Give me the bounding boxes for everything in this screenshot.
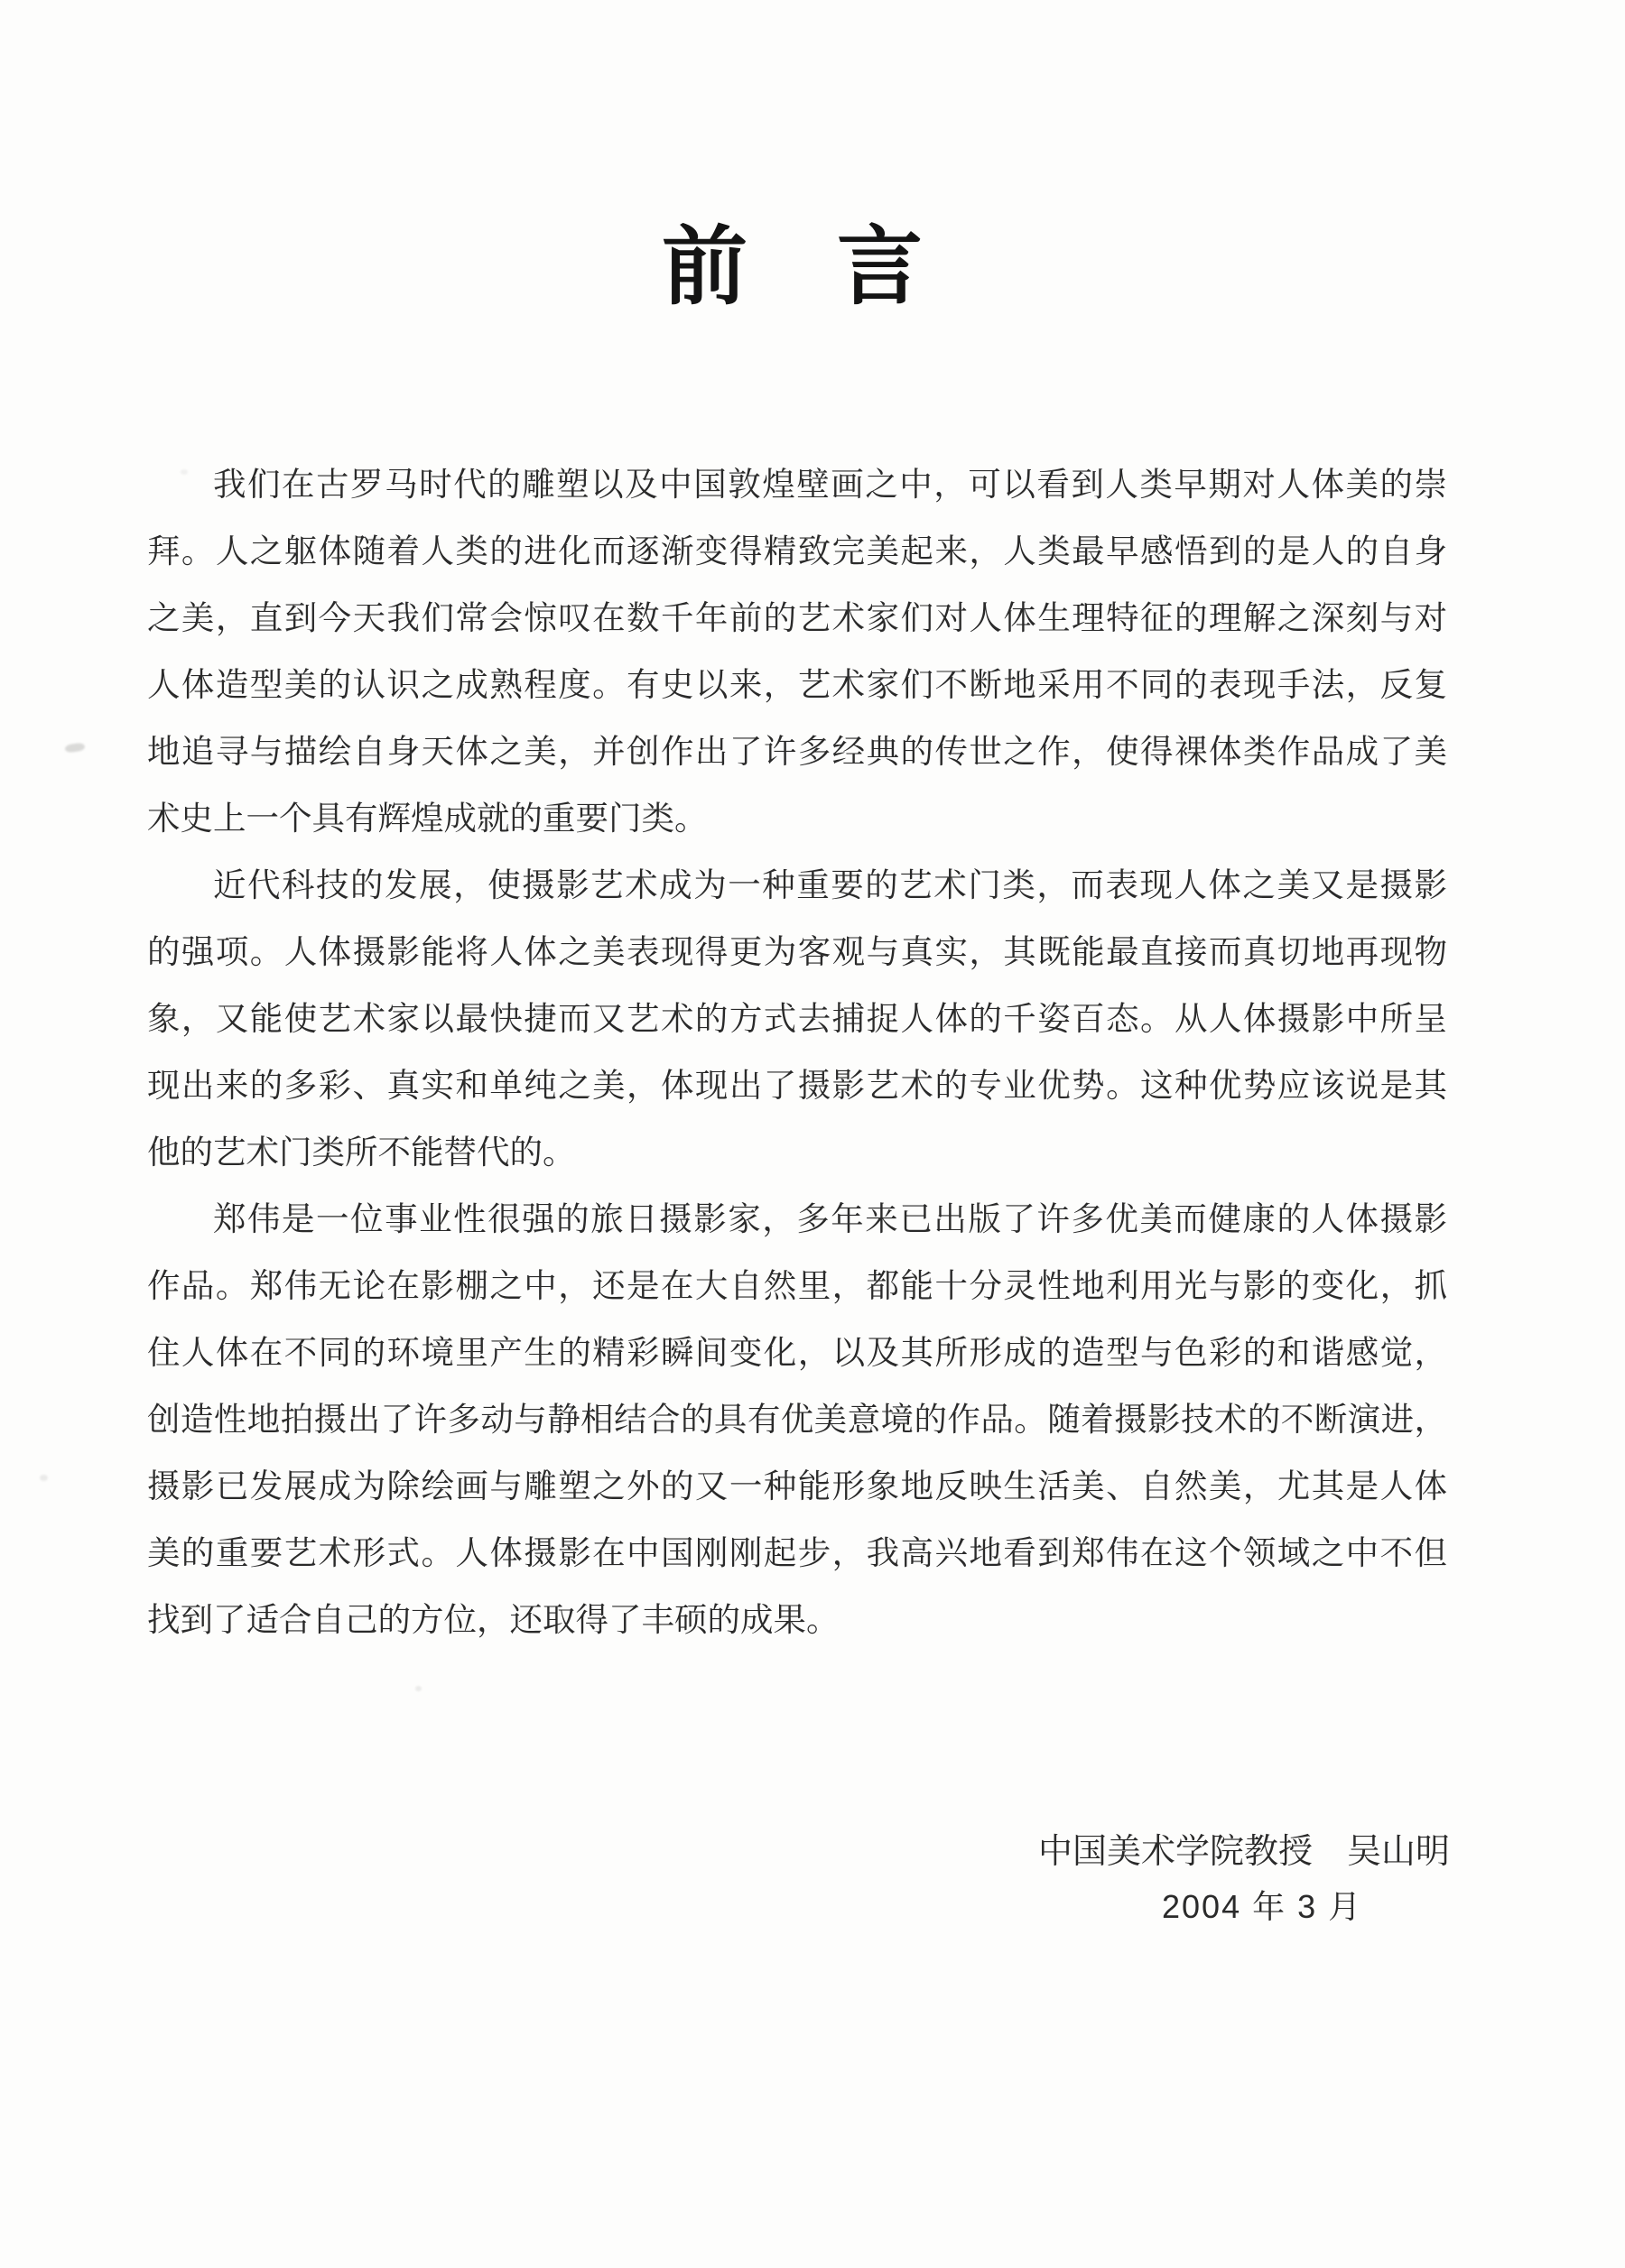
scan-speck bbox=[181, 469, 188, 475]
page-title: 前 言 bbox=[662, 218, 924, 316]
scan-speck bbox=[64, 743, 85, 754]
preface-line: 象，又能使艺术家以最快捷而又艺术的方式去捕捉人体的千姿百态。从人体摄影中所呈 bbox=[147, 986, 1447, 1052]
scan-speck bbox=[40, 1475, 48, 1481]
preface-line: 的强项。人体摄影能将人体之美表现得更为客观与真实，其既能最直接而真切地再现物 bbox=[147, 919, 1447, 986]
paragraph-1: 我们在古罗马时代的雕塑以及中国敦煌壁画之中，可以看到人类早期对人体美的崇 拜。人… bbox=[147, 451, 1447, 852]
preface-line: 作品。郑伟无论在影棚之中，还是在大自然里，都能十分灵性地利用光与影的变化，抓 bbox=[147, 1253, 1447, 1319]
preface-line: 术史上一个具有辉煌成就的重要门类。 bbox=[147, 785, 1447, 852]
preface-line: 近代科技的发展，使摄影艺术成为一种重要的艺术门类，而表现人体之美又是摄影 bbox=[147, 852, 1447, 919]
signature-date: 2004 年 3 月 bbox=[1162, 1888, 1362, 1926]
preface-line: 郑伟是一位事业性很强的旅日摄影家，多年来已出版了许多优美而健康的人体摄影 bbox=[147, 1186, 1447, 1253]
preface-line: 我们在古罗马时代的雕塑以及中国敦煌壁画之中，可以看到人类早期对人体美的崇 bbox=[147, 451, 1447, 518]
preface-line: 住人体在不同的环境里产生的精彩瞬间变化，以及其所形成的造型与色彩的和谐感觉， bbox=[147, 1319, 1447, 1386]
preface-line: 现出来的多彩、真实和单纯之美，体现出了摄影艺术的专业优势。这种优势应该说是其 bbox=[147, 1052, 1447, 1119]
preface-line: 找到了适合自己的方位，还取得了丰硕的成果。 bbox=[147, 1587, 1447, 1653]
preface-line: 地追寻与描绘自身天体之美，并创作出了许多经典的传世之作，使得裸体类作品成了美 bbox=[147, 718, 1447, 785]
scan-speck bbox=[415, 1686, 422, 1691]
preface-line: 美的重要艺术形式。人体摄影在中国刚刚起步，我高兴地看到郑伟在这个领域之中不但 bbox=[147, 1520, 1447, 1587]
paragraph-3: 郑伟是一位事业性很强的旅日摄影家，多年来已出版了许多优美而健康的人体摄影 作品。… bbox=[147, 1186, 1447, 1653]
preface-line: 摄影已发展成为除绘画与雕塑之外的又一种能形象地反映生活美、自然美，尤其是人体 bbox=[147, 1453, 1447, 1520]
preface-body: 我们在古罗马时代的雕塑以及中国敦煌壁画之中，可以看到人类早期对人体美的崇 拜。人… bbox=[147, 451, 1447, 1653]
preface-line: 人体造型美的认识之成熟程度。有史以来，艺术家们不断地采用不同的表现手法，反复 bbox=[147, 652, 1447, 718]
scanned-preface-page: 前 言 我们在古罗马时代的雕塑以及中国敦煌壁画之中，可以看到人类早期对人体美的崇… bbox=[0, 0, 1625, 2268]
preface-line: 他的艺术门类所不能替代的。 bbox=[147, 1119, 1447, 1186]
preface-line: 之美，直到今天我们常会惊叹在数千年前的艺术家们对人体生理特征的理解之深刻与对 bbox=[147, 585, 1447, 652]
preface-line: 拜。人之躯体随着人类的进化而逐渐变得精致完美起来，人类最早感悟到的是人的自身 bbox=[147, 518, 1447, 585]
paragraph-2: 近代科技的发展，使摄影艺术成为一种重要的艺术门类，而表现人体之美又是摄影 的强项… bbox=[147, 852, 1447, 1186]
preface-line: 创造性地拍摄出了许多动与静相结合的具有优美意境的作品。随着摄影技术的不断演进， bbox=[147, 1386, 1447, 1453]
signature-author: 中国美术学院教授 吴山明 bbox=[1038, 1832, 1450, 1872]
